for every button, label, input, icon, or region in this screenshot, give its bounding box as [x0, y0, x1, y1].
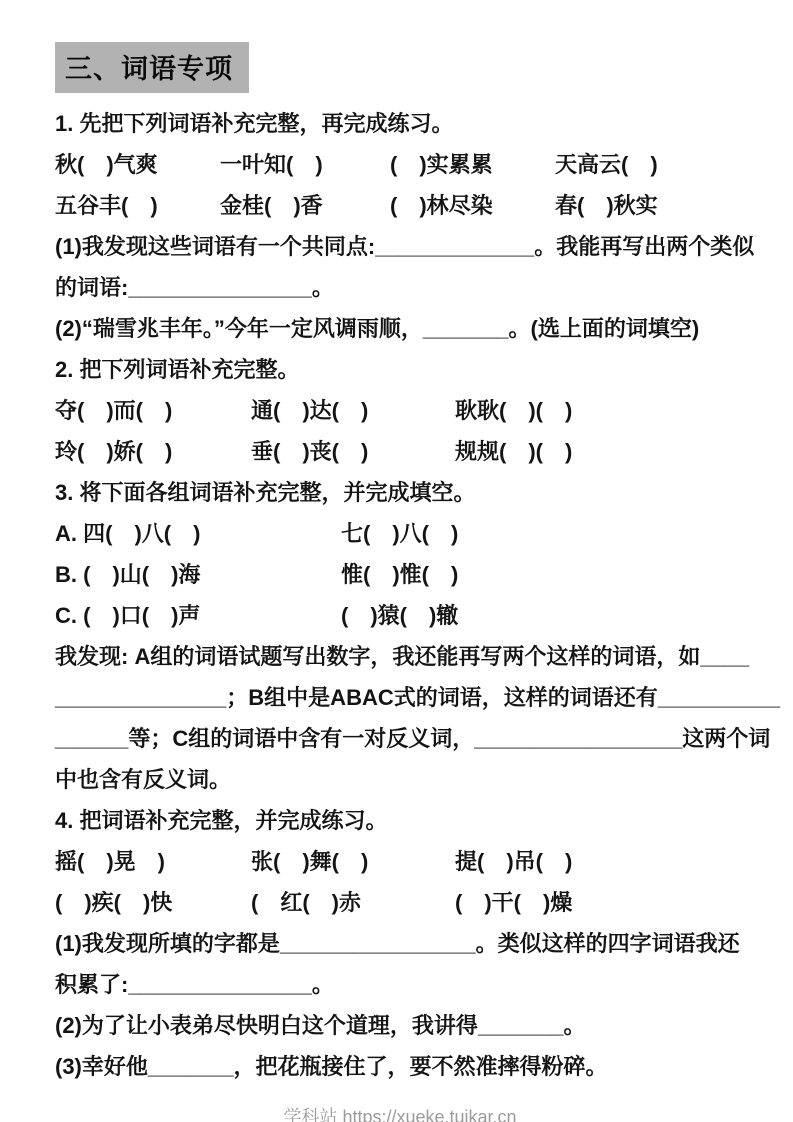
q3-rowA: A. 四( )八( ) 七( )八( ) — [55, 513, 745, 554]
word-item: 天高云( ) — [555, 144, 658, 185]
q3-heading: 3. 将下面各组词语补充完整，并完成填空。 — [55, 472, 745, 513]
word-item: ( )实累累 — [390, 144, 555, 185]
q3-rowB: B. ( )山( )海 惟( )惟( ) — [55, 554, 745, 595]
q3-paragraph-line1: 我发现: A组的词语试题写出数字，我还能再写两个这样的词语，如____ — [55, 636, 745, 677]
word-item: ( )猿( )辙 — [341, 595, 458, 636]
q1-heading: 1. 先把下列词语补充完整，再完成练习。 — [55, 103, 745, 144]
q4-row1: 摇( )晃 ) 张( )舞( ) 提( )吊( ) — [55, 841, 745, 882]
word-item: ( )干( )燥 — [455, 882, 572, 923]
q1-row2: 五谷丰( ) 金桂( )香 ( )林尽染 春( )秋实 — [55, 185, 745, 226]
q2-row1: 夺( )而( ) 通( )达( ) 耿耿( )( ) — [55, 390, 745, 431]
word-item: 金桂( )香 — [220, 185, 390, 226]
word-item: B. ( )山( )海 — [55, 554, 341, 595]
q4-sub1-line2: 积累了:_______________。 — [55, 964, 745, 1005]
q4-row2: ( )疾( )快 ( 红( )赤 ( )干( )燥 — [55, 882, 745, 923]
word-item: 通( )达( ) — [251, 390, 455, 431]
section-heading-wrap: 三、词语专项 — [55, 42, 745, 103]
q3-rowC: C. ( )口( )声 ( )猿( )辙 — [55, 595, 745, 636]
q1-row1: 秋( )气爽 一叶知( ) ( )实累累 天高云( ) — [55, 144, 745, 185]
worksheet-page: 三、词语专项 1. 先把下列词语补充完整，再完成练习。 秋( )气爽 一叶知( … — [0, 0, 793, 1122]
q4-sub3: (3)幸好他_______，把花瓶接住了，要不然准摔得粉碎。 — [55, 1046, 745, 1087]
q3-paragraph-line4: 中也含有反义词。 — [55, 759, 745, 800]
q3-paragraph-line2: ______________；B组中是ABAC式的词语，这样的词语还有_____… — [55, 677, 745, 718]
word-item: ( )疾( )快 — [55, 882, 251, 923]
word-item: A. 四( )八( ) — [55, 513, 341, 554]
word-item: 五谷丰( ) — [55, 185, 220, 226]
word-item: 一叶知( ) — [220, 144, 390, 185]
word-item: ( 红( )赤 — [251, 882, 455, 923]
word-item: 耿耿( )( ) — [455, 390, 572, 431]
q1-sub1-line1: (1)我发现这些词语有一个共同点:_____________。我能再写出两个类似 — [55, 226, 745, 267]
word-item: 垂( )丧( ) — [251, 431, 455, 472]
word-item: ( )林尽染 — [390, 185, 555, 226]
word-item: 玲( )娇( ) — [55, 431, 251, 472]
word-item: 夺( )而( ) — [55, 390, 251, 431]
word-item: 七( )八( ) — [341, 513, 458, 554]
word-item: C. ( )口( )声 — [55, 595, 341, 636]
q3-paragraph-line3: ______等；C组的词语中含有一对反义词，_________________这… — [55, 718, 745, 759]
word-item: 张( )舞( ) — [251, 841, 455, 882]
q4-sub1-line1: (1)我发现所填的字都是________________。类似这样的四字词语我还 — [55, 923, 745, 964]
q1-sub1-line2: 的词语:_______________。 — [55, 267, 745, 308]
q1-sub2: (2)“瑞雪兆丰年。”今年一定风调雨顺，_______。(选上面的词填空) — [55, 308, 745, 349]
section-heading-highlight: 三、词语专项 — [55, 42, 249, 93]
q2-heading: 2. 把下列词语补充完整。 — [55, 349, 745, 390]
q4-heading: 4. 把词语补充完整，并完成练习。 — [55, 800, 745, 841]
word-item: 春( )秋实 — [555, 185, 658, 226]
word-item: 摇( )晃 ) — [55, 841, 251, 882]
word-item: 提( )吊( ) — [455, 841, 572, 882]
q2-row2: 玲( )娇( ) 垂( )丧( ) 规规( )( ) — [55, 431, 745, 472]
word-item: 规规( )( ) — [455, 431, 572, 472]
watermark-footer: 学科站 https://xueke.tuikar.cn — [55, 1103, 745, 1122]
word-item: 惟( )惟( ) — [341, 554, 458, 595]
word-item: 秋( )气爽 — [55, 144, 220, 185]
q4-sub2: (2)为了让小表弟尽快明白这个道理，我讲得_______。 — [55, 1005, 745, 1046]
